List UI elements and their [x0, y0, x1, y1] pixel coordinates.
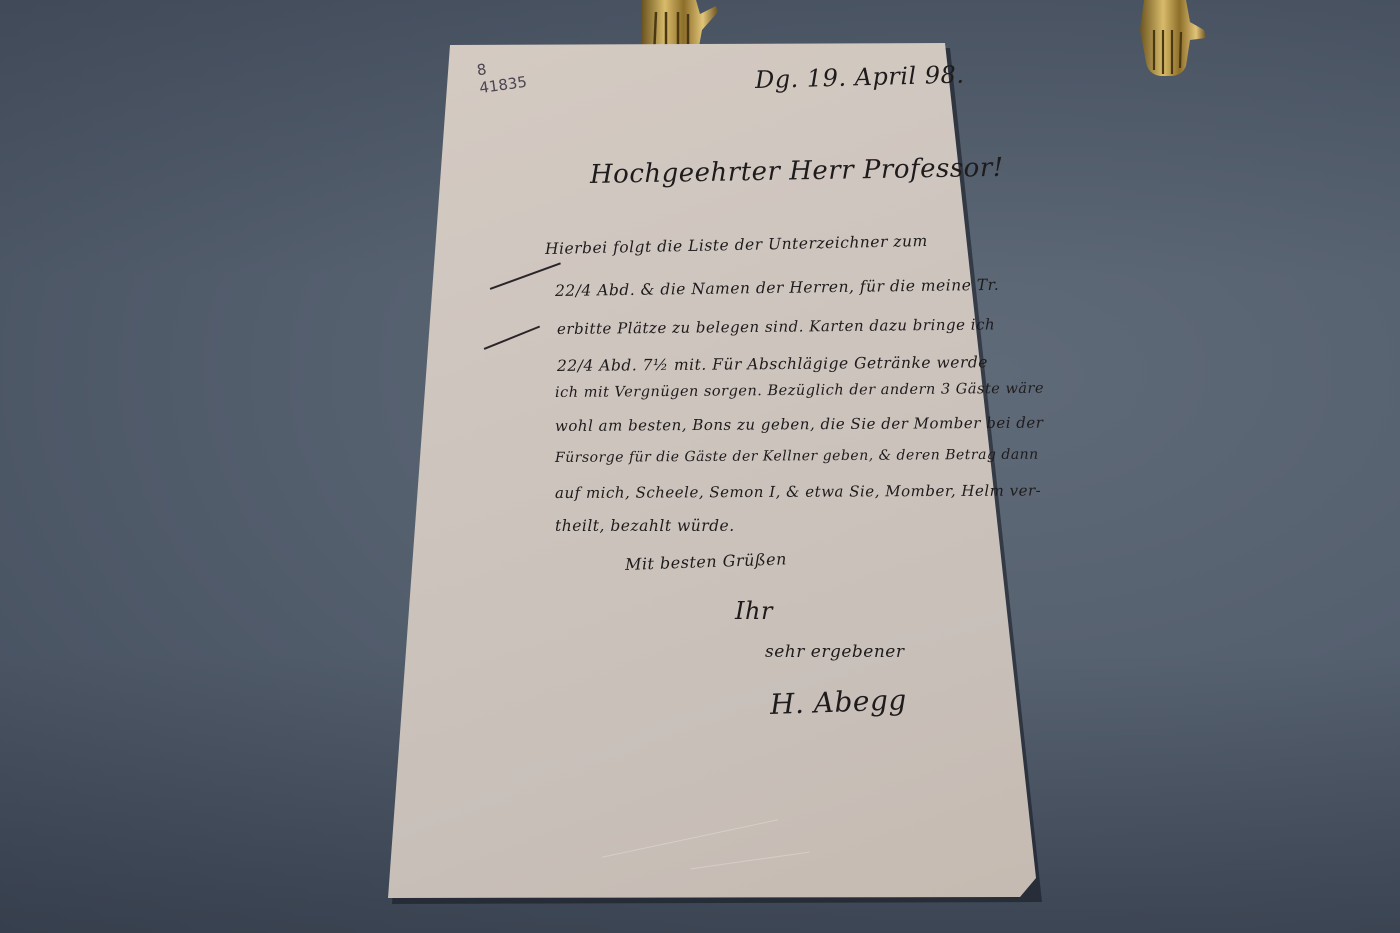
- letter-body-line: Fürsorge für die Gäste der Kellner geben…: [555, 447, 1039, 466]
- letter-closing-ergebener: sehr ergebener: [765, 642, 904, 662]
- paper-crease: [602, 819, 778, 857]
- archive-number: 8 41835: [476, 55, 528, 97]
- letter-body-line: wohl am besten, Bons zu geben, die Sie d…: [555, 414, 1044, 435]
- letter-salutation: Hochgeehrter Herr Professor!: [590, 153, 1004, 190]
- letter-closing-ihr: Ihr: [735, 597, 773, 625]
- margin-stroke: [490, 262, 561, 289]
- letter-signature: H. Abegg: [769, 683, 907, 721]
- letter-body-line: 22/4 Abd. & die Namen der Herren, für di…: [555, 276, 999, 300]
- letter-body-line: Hierbei folgt die Liste der Unterzeichne…: [545, 232, 928, 258]
- letter-body-line: auf mich, Scheele, Semon I, & etwa Sie, …: [555, 481, 1041, 502]
- paper-crease: [691, 852, 810, 870]
- letter-body-line: ich mit Vergnügen sorgen. Bezüglich der …: [555, 381, 1044, 401]
- letter-body-line: 22/4 Abd. 7½ mit. Für Abschlägige Geträn…: [557, 353, 988, 375]
- letter-date: Dg. 19. April 98.: [755, 61, 965, 94]
- letter-closing: Mit besten Grüßen: [625, 549, 787, 574]
- letter-body-line: theilt, bezahlt würde.: [555, 517, 735, 535]
- margin-stroke: [484, 326, 540, 350]
- letter-body-line: erbitte Plätze zu belegen sind. Karten d…: [557, 315, 995, 338]
- letter-content: 8 41835 Dg. 19. April 98. Hochgeehrter H…: [0, 0, 1400, 933]
